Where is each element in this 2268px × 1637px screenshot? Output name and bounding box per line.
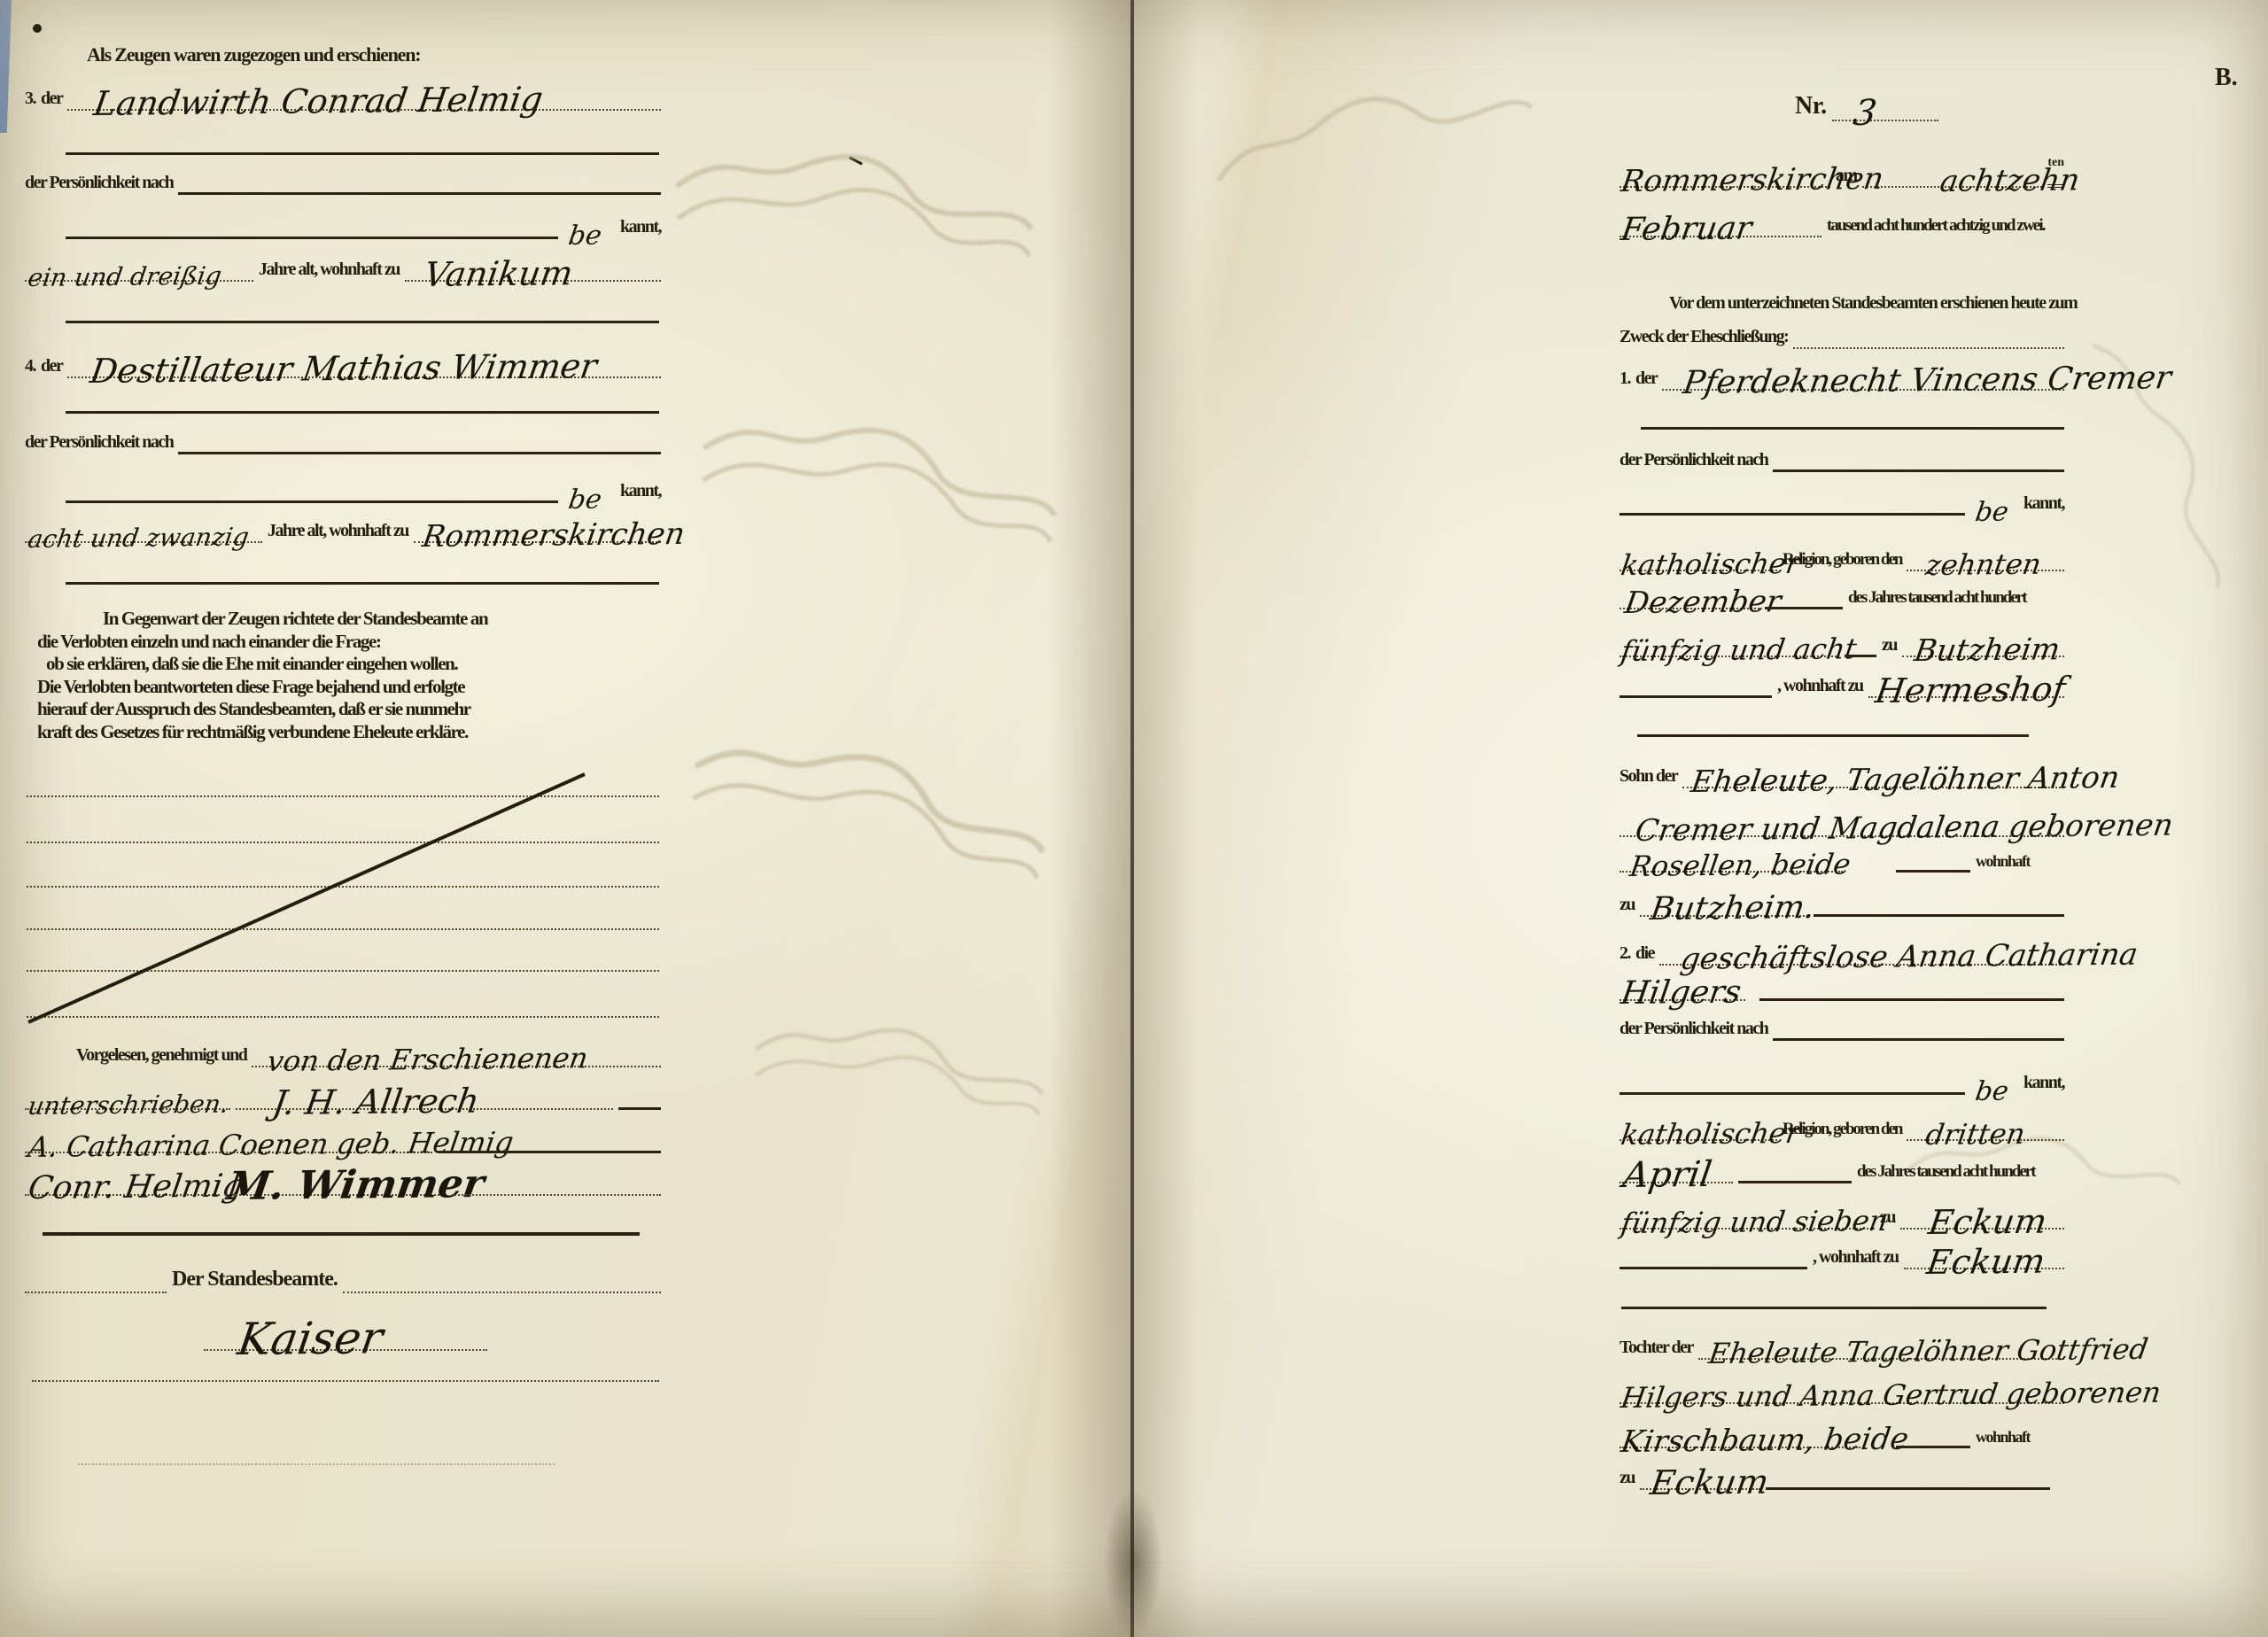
bleed-through-ghost	[732, 919, 1075, 1189]
witness3-article: der	[41, 89, 62, 111]
groom-residence-line: Hermeshof	[1868, 661, 2064, 698]
gutter-bottom-smudge	[1104, 1488, 1162, 1637]
groom-parents-residence-line: Butzheim.	[1640, 880, 1808, 917]
declaration-line: Die Verlobten beantworteten diese Frage …	[37, 676, 661, 699]
declaration-paragraph: In Gegenwart der Zeugen richtete der Sta…	[25, 608, 661, 743]
scan-edge-artifact	[0, 0, 12, 133]
groom-wohnhaft-label: , wohnhaft zu	[1777, 677, 1863, 698]
witness4-name-handwritten: Destillateur Mathias Wimmer	[89, 353, 599, 384]
bride-personality-label: der Persönlichkeit nach	[1619, 1020, 1767, 1041]
bleed-through-ghost	[681, 319, 1090, 602]
short-rule	[1765, 572, 1843, 609]
witness3-identity-row: der Persönlichkeit nach	[25, 145, 661, 195]
short-rule	[1619, 1232, 1807, 1269]
groom-number: 1.	[1619, 369, 1630, 391]
groom-be-handwritten: be	[1974, 502, 2010, 524]
page-corner-mark: B.	[2215, 64, 2238, 92]
register-book-spread: B. Als Zeugen waren zugezogen und erschi…	[0, 0, 2268, 1637]
date-place-row: Rommerskirchen am achtzehn ten	[1619, 138, 2064, 188]
signature-c-handwritten: Conr. Helmig	[27, 1175, 245, 1202]
witness4-article: der	[41, 357, 62, 378]
groom-residence-row: , wohnhaft zu Hermeshof	[1619, 648, 2064, 698]
registrar-label: Der Standesbeamte.	[172, 1268, 338, 1293]
witness4-residence-line: Rommerskirchen	[414, 506, 661, 543]
witness3-residence-line: Vanikum	[405, 244, 661, 282]
groom-parents-line1: Eheleute, Tagelöhner Anton	[1682, 751, 2064, 788]
registrar-label-row: Der Standesbeamte.	[25, 1244, 661, 1293]
bride-parents-residence-row: zu Eckum	[1619, 1440, 2064, 1490]
groom-birthmonth-row: Dezember des Jahres tausend acht hundert	[1619, 560, 2064, 609]
witness3-name-line: Landwirth Conrad Helmig	[67, 74, 661, 111]
declaration-line: In Gegenwart der Zeugen richtete der Sta…	[37, 608, 661, 631]
groom-parent-label: Sohn der	[1619, 767, 1677, 788]
groom-name-handwritten: Pferdeknecht Vincens Cremer	[1682, 366, 2172, 397]
ink-speck	[849, 156, 863, 165]
bride-wohnhaft-label: , wohnhaft zu	[1813, 1248, 1899, 1269]
month-handwritten: Februar	[1619, 217, 1753, 244]
trailing-rule	[1766, 1453, 2050, 1490]
diagonal-strike-line	[25, 767, 610, 1026]
witness4-number: 4.	[25, 357, 35, 378]
month-line: Februar	[1619, 200, 1821, 237]
registrar-signature-handwritten: Kaiser	[236, 1320, 384, 1357]
place-line: Rommerskirchen	[1619, 151, 1830, 188]
witness4-age-label: Jahre alt, wohnhaft zu	[268, 522, 408, 543]
short-rule	[1619, 661, 1772, 698]
registrar-signature-row: Kaiser	[25, 1294, 661, 1351]
witness4-identity-row: der Persönlichkeit nach	[25, 405, 661, 454]
groom-parents-row1: Sohn der Eheleute, Tagelöhner Anton	[1619, 739, 2064, 788]
closing-signed-row: unterschrieben. J. H. Allrech	[25, 1060, 661, 1110]
witness3-age-handwritten: ein und dreißig	[27, 266, 222, 288]
groom-residence-handwritten: Hermeshof	[1874, 675, 2067, 704]
bleed-through-ghost	[2039, 297, 2268, 624]
bleed-through-ghost	[657, 55, 1061, 317]
groom-name-line: Pferdeknecht Vincens Cremer	[1662, 353, 2064, 391]
gutter-shadow-right	[1134, 0, 1198, 1637]
blank-rule	[66, 321, 659, 323]
record-number-handwritten: 3	[1852, 99, 1878, 128]
short-rule	[1738, 1146, 1852, 1183]
signature-d-line: M. Wimmer	[225, 1159, 447, 1196]
groom-bekannt-line	[1619, 478, 1965, 516]
bride-parents-residence-handwritten: Eckum	[1649, 1468, 1770, 1496]
registrar-signature-line: Kaiser	[204, 1314, 487, 1351]
witness4-personality-label: der Persönlichkeit nach	[25, 433, 173, 454]
witness3-age-label: Jahre alt, wohnhaft zu	[259, 260, 400, 282]
bride-parents-residence-line: Eckum	[1640, 1453, 1760, 1490]
groom-parents-row3: Rosellen, beide wohnhaft	[1619, 823, 2064, 873]
groom-be-wrap: be	[1970, 478, 2018, 516]
date-month-row: Februar tausend acht hundert achtzig und…	[1619, 188, 2064, 237]
bride-residence-row: , wohnhaft zu Eckum	[1619, 1220, 2064, 1269]
bride-identity-line	[1773, 1004, 2064, 1041]
trailing-rule	[1814, 880, 2064, 917]
signature-d-handwritten: M. Wimmer	[225, 1168, 486, 1202]
bride-residence-handwritten: Eckum	[1925, 1247, 2047, 1276]
declaration-line: hierauf der Ausspruch des Standesbeamten…	[37, 698, 661, 721]
bride-parents-row1: Tochter der Eheleute Tagelöhner Gottfrie…	[1619, 1310, 2064, 1360]
groom-year-label: des Jahres tausend acht hundert	[1848, 589, 2026, 609]
right-page: Nr. 3 Rommerskirchen am achtzehn ten Feb…	[1619, 0, 2064, 1637]
bride-bekannt-row: be kannt,	[1619, 1045, 2064, 1095]
witness3-age-row: ein und dreißig Jahre alt, wohnhaft zu V…	[25, 232, 661, 282]
witness3-age-line: ein und dreißig	[25, 244, 253, 282]
groom-name-row: 1. der Pferdeknecht Vincens Cremer	[1619, 341, 2064, 391]
empty-rule	[32, 1380, 659, 1382]
bride-bekannt-line	[1619, 1058, 1965, 1095]
closing-rule	[43, 1232, 640, 1236]
declaration-line: die Verlobten einzeln und nach einander …	[37, 631, 661, 654]
bleed-through-ghost	[1162, 23, 1584, 224]
signature-cd-row: Conr. Helmig M. Wimmer	[25, 1146, 661, 1196]
witness4-name-line: Destillateur Mathias Wimmer	[67, 341, 661, 378]
faint-rule	[78, 1463, 555, 1465]
witness4-name-row: 4. der Destillateur Mathias Wimmer	[25, 329, 661, 378]
bride-be-wrap: be	[1970, 1058, 2018, 1095]
blank-rule	[1637, 734, 2029, 737]
bride-birthmonth-row: April des Jahres tausend acht hundert	[1619, 1134, 2064, 1183]
witness4-age-row: acht und zwanzig Jahre alt, wohnhaft zu …	[25, 493, 661, 543]
witness3-name-handwritten: Landwirth Conrad Helmig	[92, 85, 545, 117]
bride-parents-row2: Hilgers und Anna Gertrud geborenen	[1619, 1354, 2064, 1404]
day-line: achtzehn	[1862, 151, 2043, 188]
witness4-identity-line	[178, 417, 661, 454]
left-page: Als Zeugen waren zugezogen und erschiene…	[25, 0, 661, 1637]
year-words-label: tausend acht hundert achtzig und zwei.	[1827, 217, 2045, 237]
blank-rule	[1621, 1307, 2047, 1309]
groom-birthmonth-line: Dezember	[1619, 572, 1759, 609]
bride-residence-line: Eckum	[1904, 1232, 2064, 1269]
witness4-residence-handwritten: Rommerskirchen	[421, 523, 687, 549]
witness3-number: 3.	[25, 89, 35, 111]
groom-parents-residence-row: zu Butzheim.	[1619, 867, 2064, 917]
record-number-line: 3	[1832, 84, 1938, 121]
groom-zu2-label: zu	[1619, 896, 1635, 917]
record-number-label: Nr.	[1795, 93, 1827, 121]
groom-identity-row: der Persönlichkeit nach	[1619, 423, 2064, 472]
record-number-row: Nr. 3	[1619, 72, 2064, 121]
book-gutter	[1130, 0, 1134, 1637]
groom-kannt-label: kannt,	[2023, 494, 2064, 516]
bride-birthmonth-line: April	[1619, 1146, 1733, 1183]
groom-article: der	[1635, 369, 1657, 391]
groom-bekannt-row: be kannt,	[1619, 466, 2064, 516]
witness4-age-handwritten: acht und zwanzig	[27, 527, 250, 549]
bleed-through-ghost	[669, 631, 1086, 946]
gutter-shadow-left	[1051, 0, 1130, 1637]
registrar-line-left	[25, 1256, 167, 1293]
witness4-age-line: acht und zwanzig	[25, 506, 262, 543]
declaration-line: ob sie erklären, daß sie die Ehe mit ein…	[37, 653, 661, 676]
declaration-line: kraft des Gesetzes für rechtmäßig verbun…	[37, 721, 661, 744]
signature-c-line: Conr. Helmig	[25, 1159, 220, 1196]
bride-identity-row: der Persönlichkeit nach	[1619, 991, 2064, 1041]
empty-line-segment	[452, 1159, 661, 1196]
blank-rule	[66, 582, 659, 585]
registrar-line-right	[343, 1256, 661, 1293]
witness3-residence-handwritten: Vanikum	[423, 260, 575, 288]
bride-zu2-label: zu	[1619, 1469, 1635, 1490]
witness3-name-row: 3. der Landwirth Conrad Helmig	[25, 61, 661, 111]
